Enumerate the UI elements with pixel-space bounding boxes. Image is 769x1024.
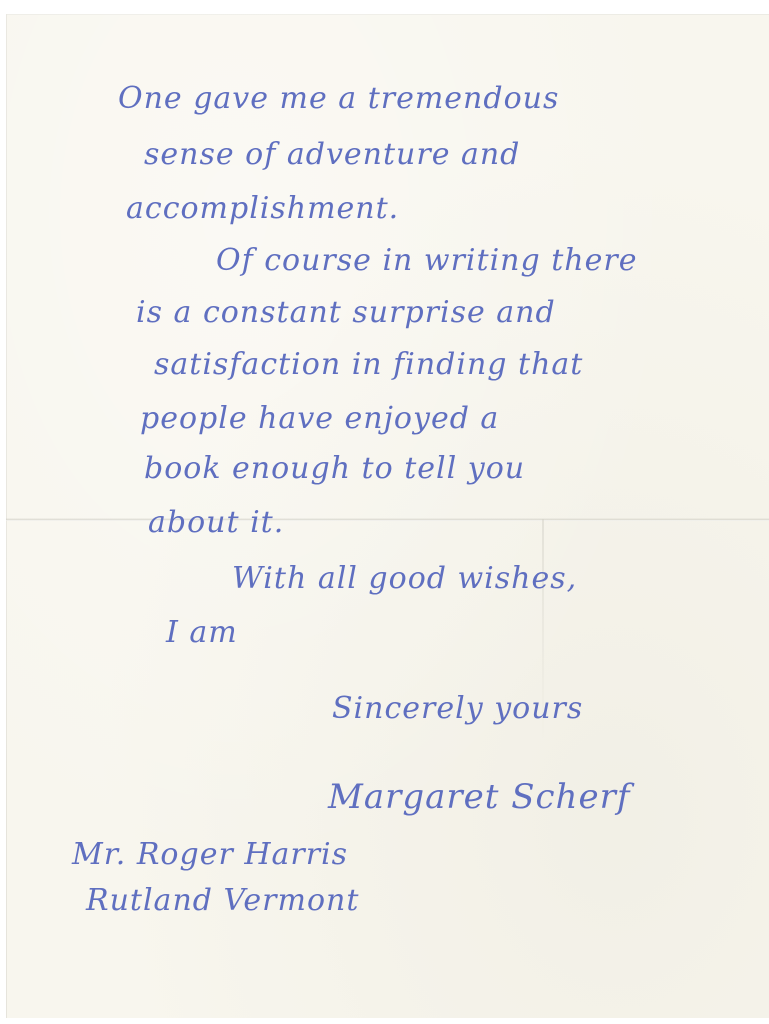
body-line-9: about it. xyxy=(148,508,284,538)
page: One gave me a tremendous sense of advent… xyxy=(0,0,769,1024)
body-line-1: One gave me a tremendous xyxy=(118,84,559,114)
body-line-6: satisfaction in finding that xyxy=(154,350,583,380)
closing-line-1: With all good wishes, xyxy=(232,564,577,594)
recipient-location: Rutland Vermont xyxy=(86,886,359,916)
body-line-2: sense of adventure and xyxy=(144,140,520,170)
letter-paper: One gave me a tremendous sense of advent… xyxy=(6,14,769,1018)
body-line-3: accomplishment. xyxy=(126,194,399,224)
valediction: Sincerely yours xyxy=(332,694,583,724)
closing-line-2: I am xyxy=(166,618,238,648)
body-line-8: book enough to tell you xyxy=(144,454,525,484)
body-line-4: Of course in writing there xyxy=(216,246,637,276)
scan-border xyxy=(0,1018,769,1024)
body-line-7: people have enjoyed a xyxy=(140,404,499,434)
recipient-name: Mr. Roger Harris xyxy=(72,840,348,870)
signature: Margaret Scherf xyxy=(328,780,630,814)
fold-crease xyxy=(6,518,769,521)
body-line-5: is a constant surprise and xyxy=(136,298,556,328)
